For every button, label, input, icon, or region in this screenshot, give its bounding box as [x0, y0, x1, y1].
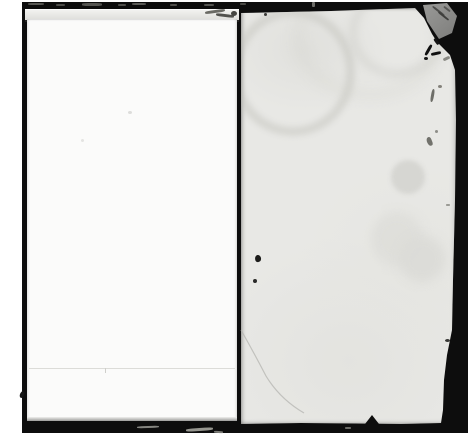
left-page-rule-line	[29, 368, 235, 369]
water-stain	[391, 160, 425, 194]
left-page-bottom-edge	[27, 417, 237, 421]
water-stain	[399, 236, 445, 282]
left-page	[27, 19, 237, 421]
right-page	[241, 8, 456, 424]
scanned-book-spread: { "meta": { "title": "Scanned book sprea…	[0, 0, 468, 441]
left-page-rule-tick	[105, 368, 106, 373]
